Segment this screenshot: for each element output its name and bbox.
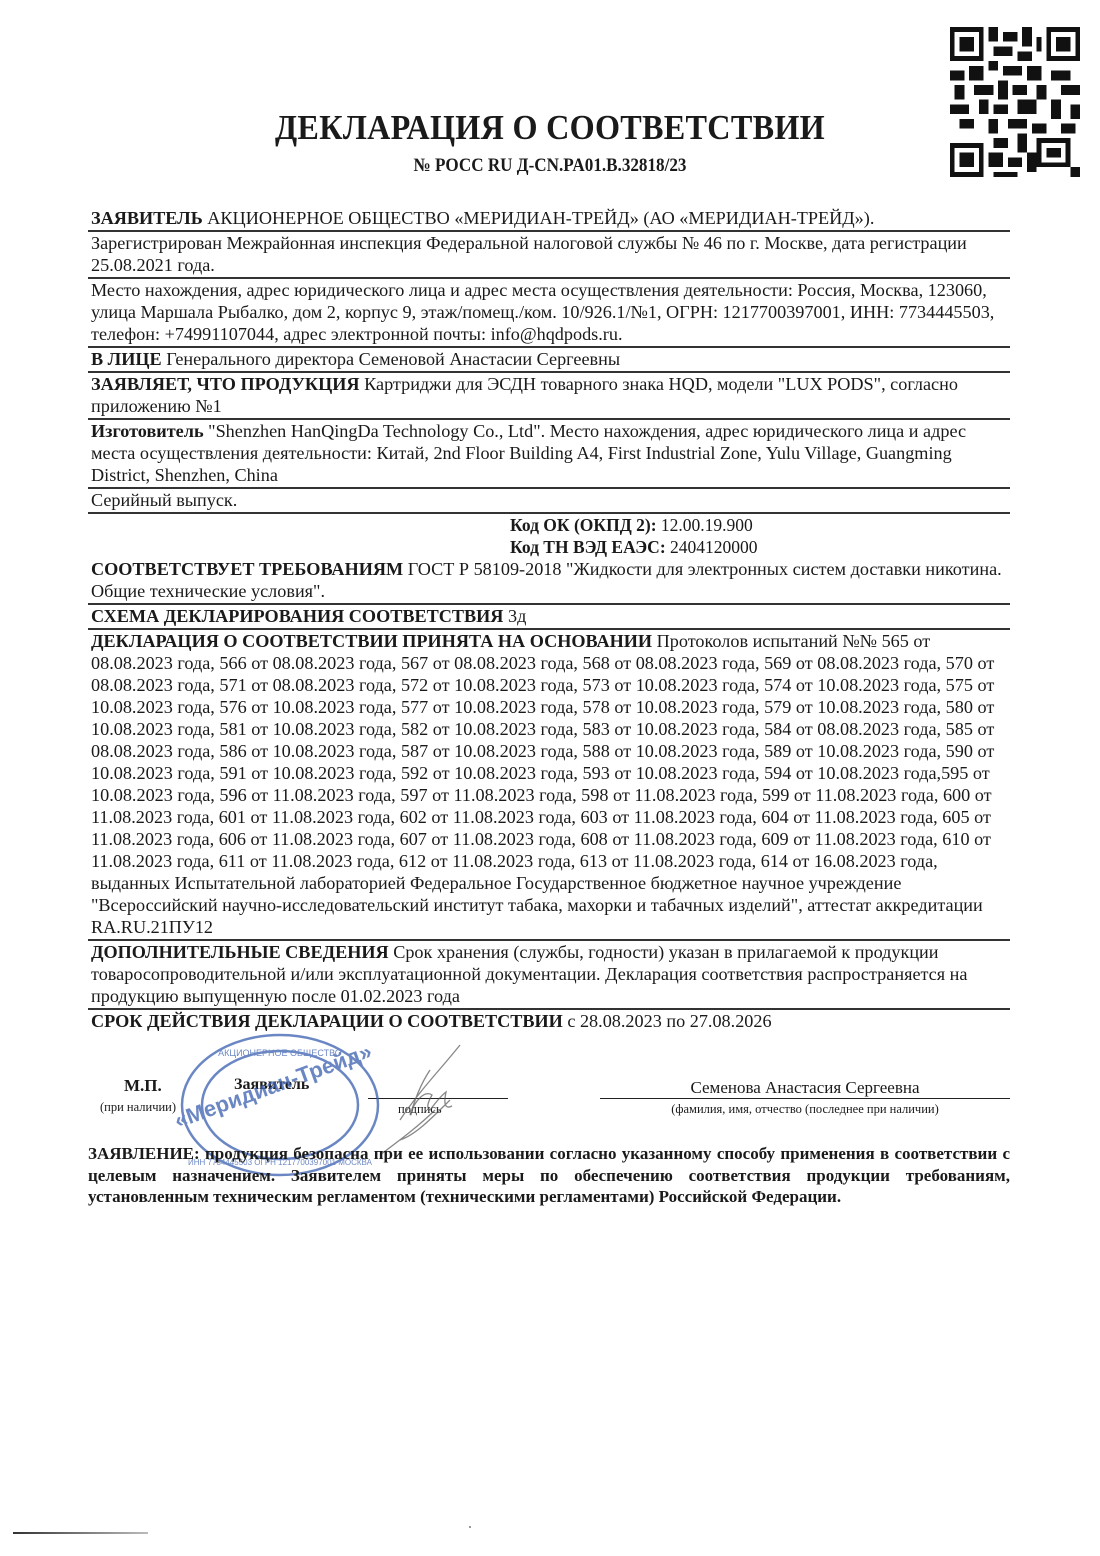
- signature-block: М.П. (при наличии) Заявитель подпись Сем…: [88, 1068, 1028, 1128]
- requirements-row: СООТВЕТСТВУЕТ ТРЕБОВАНИЯМ ГОСТ Р 58109-2…: [88, 558, 1010, 605]
- validity-label: СРОК ДЕЙСТВИЯ ДЕКЛАРАЦИИ О СООТВЕТСТВИИ: [91, 1011, 563, 1031]
- statement-text: продукция безопасна при ее использовании…: [88, 1144, 1010, 1206]
- product-row: ЗАЯВЛЯЕТ, ЧТО ПРОДУКЦИЯ Картриджи для ЭС…: [88, 373, 1010, 420]
- production-type: Серийный выпуск.: [91, 490, 237, 510]
- validity-value: с 28.08.2023 по 27.08.2026: [563, 1011, 772, 1031]
- declaration-body: ЗАЯВИТЕЛЬ АКЦИОНЕРНОЕ ОБЩЕСТВО «МЕРИДИАН…: [88, 207, 1010, 1032]
- basis-value: Протоколов испытаний №№ 565 от 08.08.202…: [91, 631, 994, 937]
- validity-row: СРОК ДЕЙСТВИЯ ДЕКЛАРАЦИИ О СООТВЕТСТВИИ …: [88, 1010, 1010, 1032]
- document-title: ДЕКЛАРАЦИЯ О СООТВЕТСТВИИ: [44, 108, 1056, 148]
- signer-name: Семенова Анастасия Сергеевна: [600, 1078, 1010, 1098]
- seal-label: М.П.: [124, 1076, 162, 1096]
- name-line: [600, 1098, 1010, 1099]
- statement-block: ЗАЯВЛЕНИЕ: продукция безопасна при ее ис…: [88, 1143, 1010, 1208]
- codes-block: Код ОК (ОКПД 2): 12.00.19.900 Код ТН ВЭД…: [88, 514, 1010, 558]
- okpd-label: Код ОК (ОКПД 2):: [510, 515, 657, 535]
- applicant-row: ЗАЯВИТЕЛЬ АКЦИОНЕРНОЕ ОБЩЕСТВО «МЕРИДИАН…: [88, 207, 1010, 232]
- declaration-number: № РОСС RU Д-CN.PA01.B.32818/23: [55, 155, 1045, 177]
- okpd-value: 12.00.19.900: [657, 515, 753, 535]
- registration-row: Зарегистрирован Межрайонная инспекция Фе…: [88, 232, 1010, 279]
- okpd-code: Код ОК (ОКПД 2): 12.00.19.900: [510, 514, 1010, 536]
- tnved-code: Код ТН ВЭД ЕАЭС: 2404120000: [510, 536, 1010, 558]
- declaration-page: ДЕКЛАРАЦИЯ О СООТВЕТСТВИИ № РОСС RU Д-CN…: [0, 0, 1100, 1556]
- applicant-label: ЗАЯВИТЕЛЬ: [91, 208, 203, 228]
- manufacturer-label: Изготовитель: [91, 421, 204, 441]
- scheme-value: 3д: [503, 606, 526, 626]
- registration-text: Зарегистрирован Межрайонная инспекция Фе…: [91, 233, 967, 275]
- address-text: Место нахождения, адрес юридического лиц…: [91, 280, 994, 344]
- basis-label: ДЕКЛАРАЦИЯ О СООТВЕТСТВИИ ПРИНЯТА НА ОСН…: [91, 631, 652, 651]
- product-label: ЗАЯВЛЯЕТ, ЧТО ПРОДУКЦИЯ: [91, 374, 360, 394]
- additional-row: ДОПОЛНИТЕЛЬНЫЕ СВЕДЕНИЯ Срок хранения (с…: [88, 941, 1010, 1010]
- address-row: Место нахождения, адрес юридического лиц…: [88, 279, 1010, 348]
- scan-speck: [469, 1526, 471, 1528]
- represented-value: Генерального директора Семеновой Анастас…: [162, 349, 620, 369]
- additional-label: ДОПОЛНИТЕЛЬНЫЕ СВЕДЕНИЯ: [91, 942, 389, 962]
- manufacturer-row: Изготовитель "Shenzhen HanQingDa Technol…: [88, 420, 1010, 489]
- tnved-label: Код ТН ВЭД ЕАЭС:: [510, 537, 666, 557]
- applicant-sign-label: Заявитель: [234, 1076, 309, 1094]
- footer-divider: [13, 1532, 148, 1534]
- basis-row: ДЕКЛАРАЦИЯ О СООТВЕТСТВИИ ПРИНЯТА НА ОСН…: [88, 630, 1010, 941]
- represented-label: В ЛИЦЕ: [91, 349, 162, 369]
- svg-text:АКЦИОНЕРНОЕ ОБЩЕСТВО: АКЦИОНЕРНОЕ ОБЩЕСТВО: [218, 1048, 342, 1058]
- scheme-label: СХЕМА ДЕКЛАРИРОВАНИЯ СООТВЕТСТВИЯ: [91, 606, 503, 626]
- represented-row: В ЛИЦЕ Генерального директора Семеновой …: [88, 348, 1010, 373]
- signature-line: [368, 1098, 508, 1099]
- manufacturer-value: "Shenzhen HanQingDa Technology Co., Ltd"…: [91, 421, 966, 485]
- production-type-row: Серийный выпуск.: [88, 489, 1010, 514]
- scheme-row: СХЕМА ДЕКЛАРИРОВАНИЯ СООТВЕТСТВИЯ 3д: [88, 605, 1010, 630]
- signer-name-note: (фамилия, имя, отчество (последнее при н…: [600, 1102, 1010, 1117]
- requirements-label: СООТВЕТСТВУЕТ ТРЕБОВАНИЯМ: [91, 559, 403, 579]
- signature-note: подпись: [398, 1102, 442, 1117]
- statement-label: ЗАЯВЛЕНИЕ:: [88, 1144, 200, 1163]
- applicant-value: АКЦИОНЕРНОЕ ОБЩЕСТВО «МЕРИДИАН-ТРЕЙД» (А…: [203, 208, 875, 228]
- seal-note: (при наличии): [100, 1100, 176, 1115]
- tnved-value: 2404120000: [666, 537, 758, 557]
